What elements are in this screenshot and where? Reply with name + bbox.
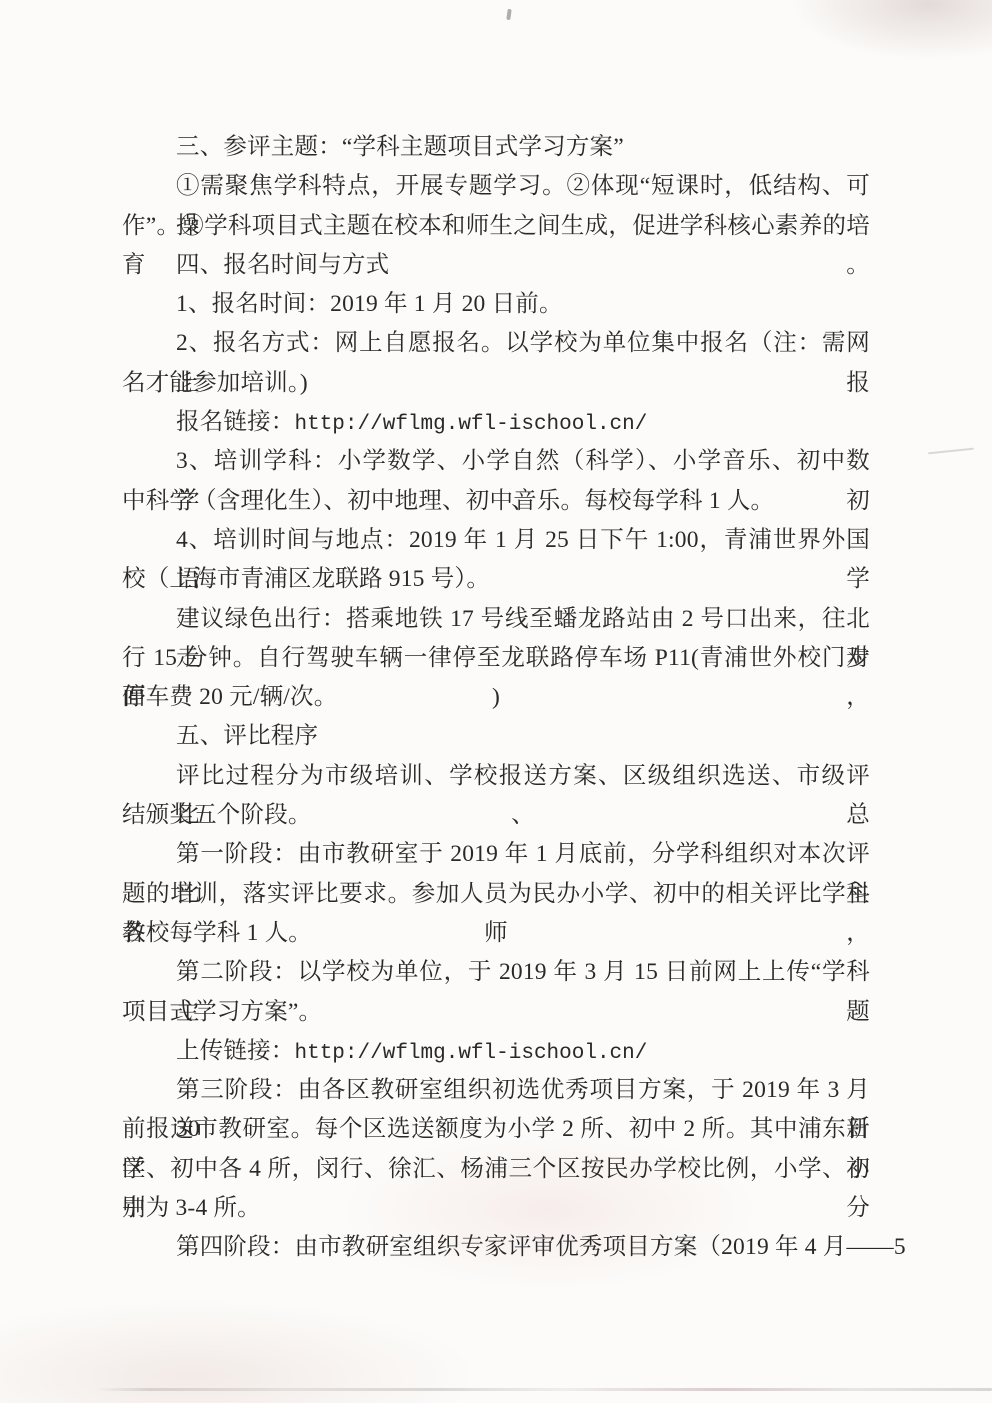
line-text: 五、评比程序 bbox=[176, 723, 318, 749]
text-line: ①需聚焦学科特点，开展专题学习。②体现“短课时，低结构、可操 bbox=[122, 167, 870, 206]
document-body: 三、参评主题：“学科主题项目式学习方案”①需聚焦学科特点，开展专题学习。②体现“… bbox=[122, 128, 870, 1268]
text-line: 报名链接：http://wflmg.wfl-ischool.cn/ bbox=[122, 403, 870, 442]
text-line: 1、报名时间：2019 年 1 月 20 日前。 bbox=[122, 285, 870, 324]
line-text: 名才能参加培训。) bbox=[122, 370, 308, 396]
scan-scratch-right bbox=[928, 448, 974, 455]
scan-edge-streak-bottom bbox=[95, 1388, 992, 1391]
text-line: 第四阶段：由市教研室组织专家评审优秀项目方案（2019 年 4 月——5 bbox=[122, 1228, 870, 1267]
text-line: 4、培训时间与地点：2019 年 1 月 25 日下午 1:00，青浦世界外国语… bbox=[122, 521, 870, 560]
scan-blotch-bottom-left bbox=[0, 1300, 480, 1403]
text-line: 三、参评主题：“学科主题项目式学习方案” bbox=[122, 128, 870, 167]
line-text: 中科学（含理化生）、初中地理、初中音乐。每校每学科 1 人。 bbox=[122, 488, 774, 514]
line-text: 校（上海市青浦区龙联路 915 号）。 bbox=[122, 566, 490, 592]
scan-smudge-top-right bbox=[790, 0, 992, 60]
text-line: 建议绿色出行：搭乘地铁 17 号线至蟠龙路站由 2 号口出来，往北走步 bbox=[122, 600, 870, 639]
text-line: 评比过程分为市级培训、学校报送方案、区级组织选送、市级评比、总 bbox=[122, 757, 870, 796]
text-line: 第三阶段：由各区教研室组织初选优秀项目方案，于 2019 年 3 月 30 日 bbox=[122, 1071, 870, 1110]
line-text: 三、参评主题：“学科主题项目式学习方案” bbox=[176, 134, 624, 160]
link-url-text: http://wflmg.wfl-ischool.cn/ bbox=[295, 413, 648, 436]
text-line: 2、报名方式：网上自愿报名。以学校为单位集中报名（注：需网上报 bbox=[122, 324, 870, 363]
line-text: 四、报名时间与方式 bbox=[176, 252, 389, 278]
line-text: 项目式学习方案”。 bbox=[122, 999, 322, 1025]
text-line: 题的培训，落实评比要求。参加人员为民办小学、初中的相关评比学科教师， bbox=[122, 875, 870, 914]
link-url-text: http://wflmg.wfl-ischool.cn/ bbox=[295, 1042, 648, 1065]
line-text: 报名链接： bbox=[176, 409, 295, 435]
text-line: 3、培训学科：小学数学、小学自然（科学）、小学音乐、初中数学、初 bbox=[122, 442, 870, 481]
text-line: 上传链接：http://wflmg.wfl-ischool.cn/ bbox=[122, 1032, 870, 1071]
line-text: 上传链接： bbox=[176, 1038, 295, 1064]
text-line: 作”。③学科项目式主题在校本和师生之间生成，促进学科核心素养的培育。 bbox=[122, 207, 870, 246]
line-text: 结颁奖五个阶段。 bbox=[122, 802, 312, 828]
text-line: 中科学（含理化生）、初中地理、初中音乐。每校每学科 1 人。 bbox=[122, 482, 870, 521]
text-line: 五、评比程序 bbox=[122, 717, 870, 756]
line-text: 别为 3-4 所。 bbox=[122, 1195, 261, 1221]
text-line: 前报送市教研室。每个区选送额度为小学 2 所、初中 2 所。其中浦东新区小 bbox=[122, 1110, 870, 1149]
text-line: 行 15 分钟。自行驾驶车辆一律停至龙联路停车场 P11(青浦世外校门对面)， bbox=[122, 639, 870, 678]
line-text: 1、报名时间：2019 年 1 月 20 日前。 bbox=[176, 291, 563, 317]
text-line: 第一阶段：由市教研室于 2019 年 1 月底前，分学科组织对本次评比主 bbox=[122, 835, 870, 874]
text-line: 学、初中各 4 所，闵行、徐汇、杨浦三个区按民办学校比例，小学、初中分 bbox=[122, 1150, 870, 1189]
line-text: 各校每学科 1 人。 bbox=[122, 920, 312, 946]
text-line: 第二阶段：以学校为单位，于 2019 年 3 月 15 日前网上上传“学科主题 bbox=[122, 953, 870, 992]
line-text: 停车费 20 元/辆/次。 bbox=[122, 684, 337, 710]
scanned-document-page: 三、参评主题：“学科主题项目式学习方案”①需聚焦学科特点，开展专题学习。②体现“… bbox=[0, 0, 992, 1403]
scan-tick-mark bbox=[506, 9, 511, 20]
line-text: 第四阶段：由市教研室组织专家评审优秀项目方案（2019 年 4 月——5 bbox=[176, 1234, 906, 1260]
